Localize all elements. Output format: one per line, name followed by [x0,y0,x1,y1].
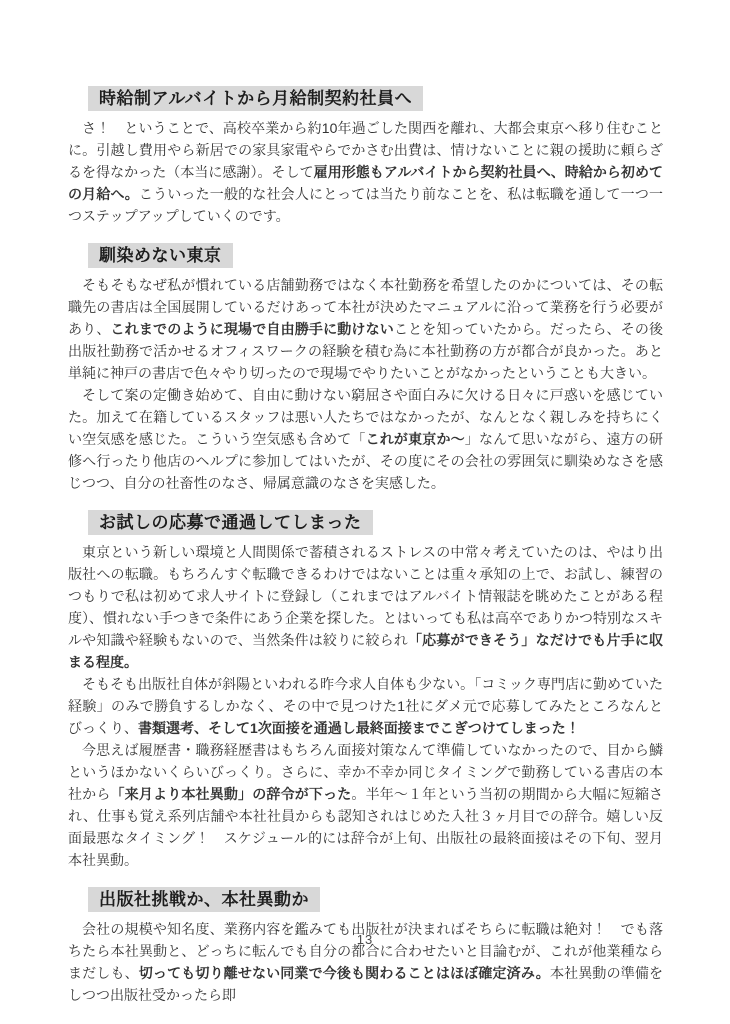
document-page: 時給制アルバイトから月給制契約社員へさ！ ということで、高校卒業から約10年過ご… [0,0,730,1024]
bold-text-run: これが東京か〜 [366,431,465,447]
paragraph: さ！ ということで、高校卒業から約10年過ごした関西を離れ、大都会東京へ移り住む… [68,117,663,227]
bold-text-run: 切っても切り離せない同業で今後も関わることはほぼ確定済み。 [139,965,550,981]
paragraph: そもそもなぜ私が慣れている店舗勤務ではなく本社勤務を希望したのかについては、その… [68,274,663,384]
paragraph: 東京という新しい環境と人間関係で蓄積されるストレスの中常々考えていたのは、やはり… [68,541,663,673]
section-heading: 時給制アルバイトから月給制契約社員へ [88,86,423,111]
document-content: 時給制アルバイトから月給制契約社員へさ！ ということで、高校卒業から約10年過ご… [68,86,663,1006]
page-number: 13 [357,932,373,947]
document-section: 時給制アルバイトから月給制契約社員へさ！ ということで、高校卒業から約10年過ご… [68,86,663,227]
document-section: 馴染めない東京そもそもなぜ私が慣れている店舗勤務ではなく本社勤務を希望したのかに… [68,243,663,494]
paragraph: そして案の定働き始めて、自由に動けない窮屈さや面白みに欠ける日々に戸惑いを感じて… [68,384,663,494]
document-section: お試しの応募で通過してしまった東京という新しい環境と人間関係で蓄積されるストレス… [68,510,663,871]
paragraph: 今思えば履歴書・職務経歴書はもちろん面接対策なんて準備していなかったので、目から… [68,739,663,871]
bold-text-run: 書類選考、そして1次面接を通過し最終面接までこぎつけてしまった！ [138,720,580,736]
page-footer: 13 [0,931,730,949]
bold-text-run: 「来月より本社異動」の辞令が下った [111,786,352,802]
section-heading: お試しの応募で通過してしまった [88,510,373,535]
section-heading: 出版社挑戦か、本社異動か [88,887,320,912]
text-run: こういった一般的な社会人にとっては当たり前なことを、私は転職を通して一つ一つステ… [68,186,663,224]
bold-text-run: これまでのように現場で自由勝手に動けない [111,321,394,337]
paragraph: そもそも出版社自体が斜陽といわれる昨今求人自体も少ない。「コミック専門店に勤めて… [68,673,663,739]
section-heading: 馴染めない東京 [88,243,233,268]
